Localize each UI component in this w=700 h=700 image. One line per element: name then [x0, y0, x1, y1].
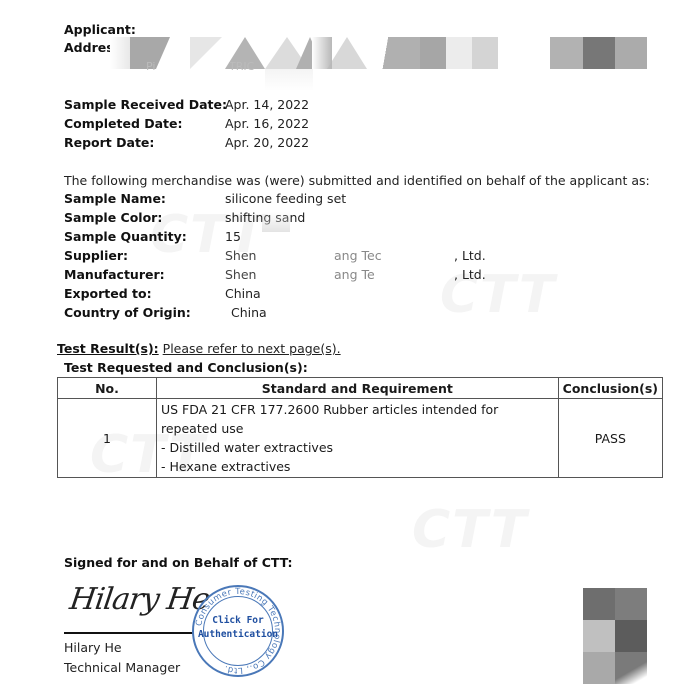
sample-value-fragment: ang Tec	[334, 246, 382, 265]
redaction	[262, 212, 290, 232]
test-result-line: Test Result(s): Please refer to next pag…	[57, 341, 341, 356]
sample-value: 15	[225, 227, 241, 246]
sample-value: Shen	[225, 265, 256, 284]
date-label: Completed Date:	[64, 114, 183, 133]
applicant-label: Applicant:	[64, 22, 136, 37]
stamp-line-1: Click For	[194, 615, 282, 626]
sample-label: Sample Name:	[64, 189, 166, 208]
sample-label: Supplier:	[64, 246, 128, 265]
table-title: Test Requested and Conclusion(s):	[64, 360, 308, 375]
requirement-line: - Distilled water extractives	[161, 438, 554, 457]
handwritten-signature: Hilary He	[68, 582, 212, 617]
cell-no: 1	[58, 399, 157, 478]
signer-name: Hilary He	[64, 640, 122, 655]
cell-conclusion: PASS	[558, 399, 662, 478]
sample-label: Sample Color:	[64, 208, 162, 227]
watermark: CTT	[412, 500, 528, 560]
date-label: Sample Received Date:	[64, 95, 227, 114]
sample-value-fragment: , Ltd.	[454, 246, 486, 265]
test-table: No. Standard and Requirement Conclusion(…	[57, 377, 663, 478]
signature-heading: Signed for and on Behalf of CTT:	[64, 555, 293, 570]
table-header-row: No. Standard and Requirement Conclusion(…	[58, 378, 663, 399]
sample-value: China	[231, 303, 267, 322]
test-result-link[interactable]: Please refer to next page(s).	[163, 341, 341, 356]
address-fragment: TRIC	[229, 60, 254, 73]
requirement-line: US FDA 21 CFR 177.2600 Rubber articles i…	[161, 400, 554, 438]
authentication-stamp[interactable]: Consumer Testing Technology Co., Ltd. Cl…	[192, 585, 284, 677]
table-row: 1 US FDA 21 CFR 177.2600 Rubber articles…	[58, 399, 663, 478]
cell-requirement: US FDA 21 CFR 177.2600 Rubber articles i…	[157, 399, 559, 478]
address-fragment: Pi	[146, 60, 155, 73]
sample-label: Sample Quantity:	[64, 227, 187, 246]
column-header-standard: Standard and Requirement	[157, 378, 559, 399]
signature-line	[64, 632, 194, 634]
sample-label: Exported to:	[64, 284, 152, 303]
date-label: Report Date:	[64, 133, 154, 152]
sample-label: Manufacturer:	[64, 265, 165, 284]
sample-value-fragment: , Ltd.	[454, 265, 486, 284]
sample-label: Country of Origin:	[64, 303, 191, 322]
sample-value: China	[225, 284, 261, 303]
date-value: Apr. 20, 2022	[225, 133, 309, 152]
date-value: Apr. 14, 2022	[225, 95, 309, 114]
column-header-conclusion: Conclusion(s)	[558, 378, 662, 399]
stamp-line-2: Authentication	[194, 629, 282, 640]
column-header-no: No.	[58, 378, 157, 399]
sample-value-fragment: ang Te	[334, 265, 375, 284]
sample-value: Shen	[225, 246, 256, 265]
test-result-label: Test Result(s):	[57, 341, 159, 356]
requirement-line: - Hexane extractives	[161, 457, 554, 476]
signer-title: Technical Manager	[64, 660, 180, 675]
date-value: Apr. 16, 2022	[225, 114, 309, 133]
sample-value: silicone feeding set	[225, 189, 346, 208]
sample-row-manufacturer: Manufacturer: Shen ang Te , Ltd.	[64, 265, 544, 284]
sample-row-supplier: Supplier: Shen ang Tec , Ltd.	[64, 246, 544, 265]
